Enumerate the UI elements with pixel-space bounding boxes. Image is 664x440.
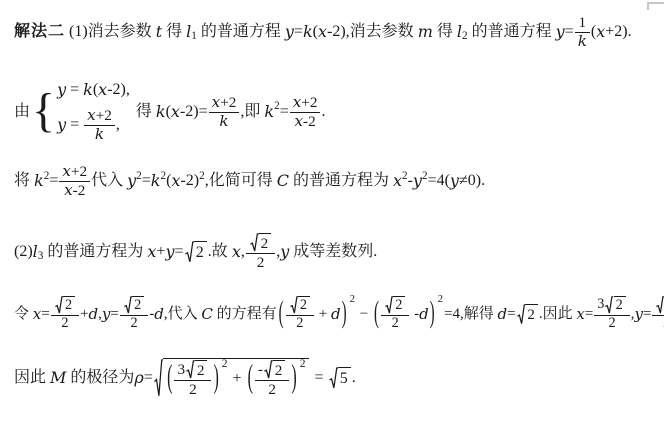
paren-exponent: 2 bbox=[222, 357, 228, 371]
fraction-numerator: 32 bbox=[174, 360, 211, 381]
math-text: 得 bbox=[433, 22, 457, 42]
math-variable: k bbox=[95, 126, 104, 143]
math-text: 2 bbox=[61, 316, 68, 332]
math-variable: k bbox=[151, 171, 161, 191]
math-text: 2 bbox=[608, 316, 615, 332]
math-text: =4,解得 bbox=[444, 305, 497, 324]
math-variable: y bbox=[556, 22, 565, 42]
fraction: 22 bbox=[120, 296, 148, 332]
close-paren: ) bbox=[291, 359, 296, 400]
radical: (322)2 + (-22)2 bbox=[154, 358, 310, 398]
fraction-denominator: 2 bbox=[265, 381, 279, 398]
math-text: 的方程有 bbox=[213, 305, 277, 324]
close-paren: ) bbox=[430, 295, 435, 333]
math-variable: C bbox=[201, 305, 212, 324]
math-variable: k bbox=[219, 113, 228, 130]
radical-sign-icon bbox=[185, 241, 194, 263]
math-variable: x bbox=[576, 305, 584, 324]
paren-exponent: 2 bbox=[438, 293, 443, 306]
math-variable: m bbox=[418, 22, 433, 42]
math-variable: x bbox=[212, 94, 221, 111]
fraction-denominator: 2 bbox=[254, 254, 268, 271]
math-text: 2 bbox=[268, 381, 276, 398]
math-text: ,即 bbox=[240, 102, 264, 122]
fraction-numerator: 2 bbox=[286, 296, 314, 316]
paren-content: 22 + d bbox=[285, 296, 341, 332]
math-variable: x bbox=[62, 163, 71, 180]
math-text: − bbox=[356, 305, 372, 324]
radicand: 2 bbox=[298, 296, 310, 314]
math-text: + bbox=[80, 305, 88, 324]
math-text: + bbox=[315, 305, 331, 324]
math-variable: y bbox=[635, 305, 643, 324]
fraction: 22 bbox=[286, 296, 314, 332]
math-variable: x bbox=[87, 107, 96, 124]
math-text: 2 bbox=[189, 381, 197, 398]
equation-system: {y = k(x-2),y = x+2k, bbox=[32, 80, 130, 143]
radical-sign-icon bbox=[124, 296, 132, 314]
subscript: 2 bbox=[462, 29, 468, 43]
radicand: 2 bbox=[259, 233, 272, 252]
math-variable: x bbox=[171, 171, 180, 191]
math-variable: x bbox=[147, 242, 156, 262]
math-text: 2 bbox=[392, 316, 399, 332]
math-text: . bbox=[352, 368, 356, 388]
fraction: x+2k bbox=[209, 94, 240, 130]
fraction: x+2k bbox=[84, 107, 115, 143]
math-text: =4( bbox=[428, 171, 450, 191]
math-text: -2) bbox=[180, 171, 199, 191]
parenthesized-group: (22 -d)2 bbox=[373, 296, 443, 332]
math-text: 的普通方程为 bbox=[43, 242, 147, 262]
math-variable: d bbox=[154, 305, 164, 324]
math-variable: x bbox=[293, 94, 302, 111]
fraction-numerator: x+2 bbox=[209, 94, 240, 113]
radical: 2 bbox=[185, 241, 207, 263]
math-text: ,化简可得 bbox=[205, 171, 277, 191]
solution-line-3: 将 k2=x+2x-2代入 y2=k2(x-2)2,化简可得 C 的普通方程为 … bbox=[14, 163, 485, 199]
fraction: 1k bbox=[575, 14, 590, 50]
fraction-numerator: 32 bbox=[594, 296, 630, 316]
radical-sign-icon bbox=[385, 296, 393, 314]
math-variable: k bbox=[578, 33, 587, 50]
math-text: .故 bbox=[208, 242, 232, 262]
fraction-numerator: 2 bbox=[51, 296, 79, 316]
math-text: +2). bbox=[605, 22, 631, 42]
math-text: (1)消去参数 bbox=[65, 22, 156, 42]
math-text: 3 bbox=[177, 361, 185, 378]
math-text: 2 bbox=[616, 298, 623, 314]
math-text: -2 bbox=[73, 182, 86, 199]
system-row: y = k(x-2), bbox=[57, 80, 130, 100]
parenthesized-group: (-22)2 bbox=[247, 360, 306, 398]
paren-exponent: 2 bbox=[350, 293, 355, 306]
radical: 2 bbox=[124, 296, 144, 314]
math-text: = bbox=[144, 368, 153, 388]
open-paren: ( bbox=[167, 359, 172, 400]
radical-sign-icon bbox=[329, 367, 338, 389]
math-text: = bbox=[280, 102, 289, 122]
math-variable: ρ bbox=[134, 368, 143, 388]
radical: 2 bbox=[290, 296, 310, 314]
math-text: - bbox=[410, 305, 419, 324]
open-paren: ( bbox=[279, 295, 284, 333]
math-text: 由 bbox=[14, 102, 30, 122]
math-text: 的普通方程 bbox=[197, 22, 285, 42]
superscript: 2 bbox=[136, 169, 142, 183]
radical: 2 bbox=[517, 304, 538, 325]
radicand: 2 bbox=[525, 304, 538, 325]
math-text: = bbox=[565, 22, 574, 42]
math-text: = bbox=[66, 115, 83, 135]
fraction-denominator: x-2 bbox=[291, 113, 318, 130]
fraction-denominator: 2 bbox=[127, 316, 140, 332]
math-text: , bbox=[241, 242, 245, 262]
math-text: 2 bbox=[257, 254, 265, 271]
math-text: 2 bbox=[395, 298, 402, 314]
superscript: 2 bbox=[160, 169, 166, 183]
math-text: +2 bbox=[220, 94, 236, 111]
fraction-numerator: -2 bbox=[255, 360, 289, 381]
close-paren: ) bbox=[342, 295, 347, 333]
math-text: -2 bbox=[303, 113, 316, 130]
fraction: 22 bbox=[246, 233, 275, 271]
math-variable: x bbox=[33, 305, 41, 324]
superscript: 2 bbox=[402, 169, 408, 183]
radical: 2 bbox=[264, 360, 285, 379]
math-variable: y bbox=[57, 80, 66, 100]
math-text: . bbox=[321, 102, 325, 122]
solution-document: 解法二 (1)消去参数 t 得 l1 的普通方程 y=k(x-2),消去参数 m… bbox=[0, 0, 664, 440]
math-variable: M bbox=[50, 368, 66, 388]
math-text: -2),消去参数 bbox=[327, 22, 418, 42]
solution-line-4: (2)l3 的普通方程为 x+y=2.故 x,22,y 成等差数列. bbox=[14, 233, 377, 271]
math-variable: k bbox=[156, 102, 166, 122]
fraction: -22 bbox=[255, 360, 289, 398]
math-variable: x bbox=[232, 242, 241, 262]
paren-content: -22 bbox=[254, 360, 290, 398]
math-text: = bbox=[643, 305, 651, 324]
radicand: 2 bbox=[132, 296, 144, 314]
fraction-numerator: x+2 bbox=[84, 107, 115, 126]
open-paren: ( bbox=[374, 295, 379, 333]
math-text: ,代入 bbox=[164, 305, 202, 324]
math-text: = bbox=[110, 305, 118, 324]
radical-sign-icon bbox=[656, 296, 664, 314]
superscript: 2 bbox=[44, 169, 50, 183]
fraction-numerator: 2 bbox=[246, 233, 275, 254]
math-variable: y bbox=[413, 171, 422, 191]
math-text: = bbox=[294, 22, 303, 42]
fraction-numerator: x+2 bbox=[59, 163, 90, 182]
math-text: = bbox=[175, 242, 184, 262]
radical-sign-icon bbox=[55, 296, 63, 314]
radical: 2 bbox=[656, 296, 664, 314]
math-text: 5 bbox=[340, 369, 348, 389]
math-text: -2)= bbox=[180, 102, 208, 122]
superscript: 2 bbox=[274, 99, 280, 113]
math-variable: y bbox=[450, 171, 459, 191]
math-variable: x bbox=[171, 102, 180, 122]
system-rows: y = k(x-2),y = x+2k, bbox=[57, 80, 130, 143]
fraction-numerator: 2 bbox=[381, 296, 409, 316]
fraction: x+2x-2 bbox=[59, 163, 90, 199]
math-text: 得 bbox=[132, 102, 156, 122]
fraction-numerator: 2 bbox=[652, 296, 664, 316]
fraction-denominator: 2 bbox=[186, 381, 200, 398]
math-variable: x bbox=[64, 182, 73, 199]
math-variable: k bbox=[34, 171, 44, 191]
fraction: 22 bbox=[381, 296, 409, 332]
open-paren: ( bbox=[248, 359, 253, 400]
math-text: 2 bbox=[300, 298, 307, 314]
math-variable: d bbox=[89, 305, 99, 324]
radical-sign-icon bbox=[605, 296, 613, 314]
math-variable: k bbox=[303, 22, 313, 42]
math-text: 的普通方程 bbox=[468, 22, 556, 42]
math-variable: C bbox=[277, 171, 289, 191]
math-text: = bbox=[507, 305, 515, 324]
math-text: 2 bbox=[65, 298, 72, 314]
math-variable: y bbox=[165, 242, 174, 262]
radical: 2 bbox=[55, 296, 75, 314]
math-variable: d bbox=[419, 305, 429, 324]
fraction-denominator: 2 bbox=[58, 316, 71, 332]
fraction-numerator: 1 bbox=[575, 14, 590, 33]
radicand: 2 bbox=[393, 296, 405, 314]
parenthesized-group: (322)2 bbox=[166, 360, 227, 398]
math-text: , bbox=[116, 115, 120, 135]
math-variable: y bbox=[102, 305, 110, 324]
math-text: = bbox=[310, 368, 327, 388]
math-text: 成等差数列. bbox=[289, 242, 377, 262]
math-text: -2), bbox=[107, 80, 130, 100]
math-text: 将 bbox=[14, 171, 34, 191]
radicand: 2 bbox=[195, 360, 208, 379]
fraction-denominator: 2 bbox=[660, 316, 664, 332]
radical-sign-icon bbox=[290, 296, 298, 314]
math-text: (2) bbox=[14, 242, 33, 262]
subscript: 3 bbox=[38, 249, 44, 263]
radical-sign-icon bbox=[250, 233, 259, 252]
radical: 2 bbox=[250, 233, 271, 252]
fraction-numerator: 2 bbox=[120, 296, 148, 316]
math-text: = bbox=[49, 171, 58, 191]
radical: 2 bbox=[385, 296, 405, 314]
radical: 2 bbox=[605, 296, 625, 314]
math-text: 2 bbox=[275, 362, 283, 379]
math-text: 的普通方程为 bbox=[289, 171, 393, 191]
fraction-denominator: k bbox=[575, 33, 590, 50]
math-text: ≠0). bbox=[459, 171, 485, 191]
math-text: 2 bbox=[197, 362, 205, 379]
solution-line-5: 令 x=22+d,y=22-d,代入 C 的方程有(22 + d)2 − (22… bbox=[14, 296, 664, 332]
math-text: 2 bbox=[527, 306, 535, 325]
fraction-denominator: 2 bbox=[389, 316, 402, 332]
math-text: = bbox=[66, 80, 83, 100]
math-variable: y bbox=[57, 115, 66, 135]
radicand: 2 bbox=[63, 296, 75, 314]
radical-sign-icon bbox=[264, 360, 273, 379]
superscript: 2 bbox=[422, 169, 428, 183]
parenthesized-group: (22 + d)2 bbox=[278, 296, 355, 332]
math-text: + bbox=[229, 369, 246, 389]
math-variable: y bbox=[127, 171, 136, 191]
paren-exponent: 2 bbox=[300, 357, 306, 371]
radicand: 5 bbox=[338, 367, 351, 389]
math-text: 3 bbox=[597, 297, 604, 313]
fraction: 322 bbox=[594, 296, 630, 332]
math-text: = bbox=[585, 305, 593, 324]
fraction-denominator: x-2 bbox=[61, 182, 88, 199]
math-variable: x bbox=[294, 113, 303, 130]
math-text: .因此 bbox=[539, 305, 577, 324]
radicand: 2 bbox=[273, 360, 286, 379]
subscript: 1 bbox=[191, 29, 197, 43]
math-variable: y bbox=[285, 22, 294, 42]
fraction: 22 bbox=[51, 296, 79, 332]
fraction: 322 bbox=[174, 360, 211, 398]
fraction-denominator: k bbox=[216, 113, 231, 130]
radicand: 2 bbox=[194, 241, 207, 263]
superscript: 2 bbox=[199, 169, 205, 183]
solution-line-2: 由{y = k(x-2),y = x+2k, 得 k(x-2)=x+2k,即 k… bbox=[14, 80, 325, 143]
math-text: 因此 bbox=[14, 368, 50, 388]
paren-content: 322 bbox=[173, 360, 212, 398]
heading-text: 解法二 bbox=[14, 22, 65, 42]
window-corner-fragment bbox=[647, 2, 664, 10]
math-text: 2 bbox=[196, 243, 204, 263]
paren-content: 22 -d bbox=[380, 296, 429, 332]
radical-sign-icon bbox=[517, 304, 526, 325]
system-row: y = x+2k, bbox=[57, 107, 120, 143]
radical-sign-icon bbox=[186, 360, 195, 379]
fraction-numerator: x+2 bbox=[290, 94, 321, 113]
math-variable: x bbox=[596, 22, 605, 42]
fraction: x+2x-2 bbox=[290, 94, 321, 130]
math-text: 得 bbox=[162, 22, 186, 42]
math-variable: d bbox=[331, 305, 341, 324]
math-variable: d bbox=[498, 305, 508, 324]
math-variable: k bbox=[83, 80, 93, 100]
radicand: 2 bbox=[614, 296, 626, 314]
math-variable: y bbox=[280, 242, 289, 262]
fraction: 22 bbox=[652, 296, 664, 332]
radicand: (322)2 + (-22)2 bbox=[163, 358, 309, 398]
math-text: = bbox=[41, 305, 49, 324]
math-text: 的极径为 bbox=[66, 368, 134, 388]
fraction-denominator: k bbox=[92, 126, 107, 143]
math-variable: x bbox=[393, 171, 402, 191]
fraction-denominator: 2 bbox=[605, 316, 618, 332]
math-variable: x bbox=[318, 22, 327, 42]
radical: 5 bbox=[329, 367, 351, 389]
solution-line-6: 因此 M 的极径为ρ=(322)2 + (-22)2 = 5. bbox=[14, 358, 356, 398]
math-text: 2 bbox=[134, 298, 141, 314]
math-text: +2 bbox=[96, 107, 112, 124]
math-variable: x bbox=[98, 80, 107, 100]
fraction-denominator: 2 bbox=[293, 316, 306, 332]
math-text: = bbox=[142, 171, 151, 191]
math-variable: k bbox=[264, 102, 274, 122]
math-text: +2 bbox=[301, 94, 317, 111]
math-text: 2 bbox=[261, 235, 269, 252]
math-text: 令 bbox=[14, 305, 33, 324]
close-paren: ) bbox=[213, 359, 218, 400]
math-text: 2 bbox=[296, 316, 303, 332]
math-text: 代入 bbox=[91, 171, 127, 191]
solution-line-1: 解法二 (1)消去参数 t 得 l1 的普通方程 y=k(x-2),消去参数 m… bbox=[14, 14, 632, 50]
math-text: 1 bbox=[578, 14, 586, 31]
math-text: - bbox=[258, 361, 263, 378]
radical: 2 bbox=[186, 360, 207, 379]
math-text: 2 bbox=[130, 316, 137, 332]
radical-sign-icon bbox=[154, 358, 163, 398]
math-text: +2 bbox=[71, 163, 87, 180]
